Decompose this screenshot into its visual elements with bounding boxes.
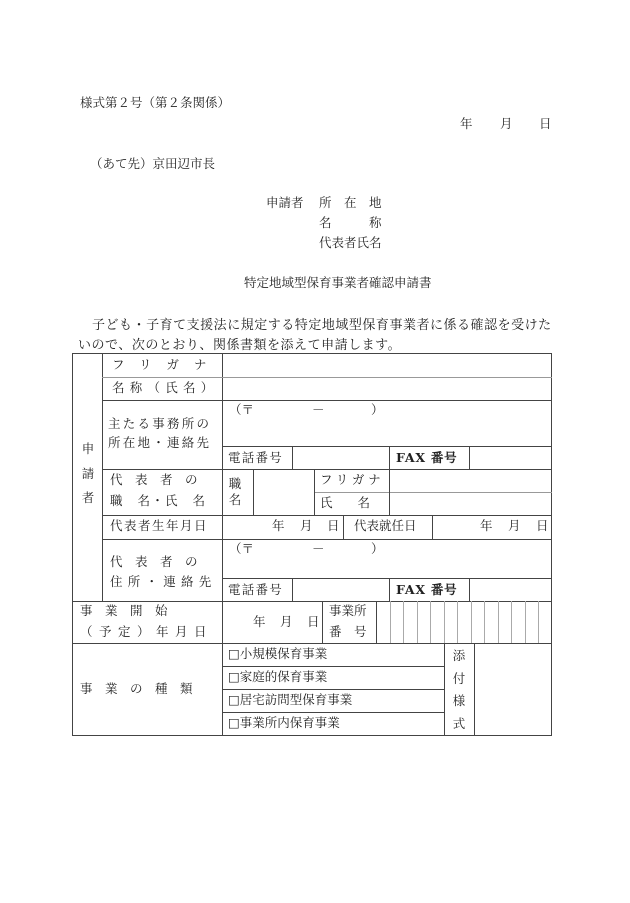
business-type-home-visit-checkbox[interactable]: □居宅訪問型保育事業	[228, 694, 352, 707]
business-type-small-scale-checkbox[interactable]: □小規模保育事業	[228, 648, 327, 661]
rep-name-label: 氏 名	[320, 497, 370, 510]
main-office-label-1: 主たる事務所の	[108, 418, 211, 431]
main-office-fax-label: FAX 番号	[396, 452, 457, 465]
rep-address-input[interactable]	[223, 540, 551, 577]
rep-furigana-input[interactable]	[390, 470, 550, 491]
office-number-label-2: 番 号	[329, 626, 367, 639]
form-number: 様式第２号（第２条関係）	[80, 97, 230, 110]
furigana-label: フリガナ	[112, 359, 221, 372]
furigana-input[interactable]	[223, 378, 551, 399]
main-office-tel-input[interactable]	[293, 447, 388, 468]
furigana-value-input[interactable]	[223, 354, 551, 376]
rep-birth-date-input[interactable]	[223, 516, 342, 538]
rep-name-input[interactable]	[390, 493, 550, 514]
main-office-fax-input[interactable]	[470, 447, 550, 468]
body-text-line-2: いので、次のとおり、関係書類を添えて申請します。	[78, 339, 401, 352]
attachment-label: 添 付 様 式	[450, 650, 468, 730]
body-text-line-1: 子ども・子育て支援法に規定する特定地域型保育事業者に係る確認を受けた	[92, 319, 552, 332]
start-date-input[interactable]	[223, 602, 321, 642]
rep-label-1: 代 表 者 の	[110, 474, 216, 487]
applicant-name-label: 名 称	[319, 217, 385, 230]
main-office-tel-label: 電話番号	[228, 452, 283, 465]
date-year-label: 年	[460, 118, 473, 131]
rep-tel-input[interactable]	[293, 579, 388, 600]
main-office-label-2: 所在地・連絡先	[108, 437, 211, 450]
document-title: 特定地域型保育事業者確認申請書	[244, 277, 432, 290]
date-month-label: 月	[500, 118, 513, 131]
job-title-input[interactable]	[254, 470, 313, 514]
date-day-label: 日	[539, 118, 552, 131]
start-label-1: 事 業 開 始	[80, 605, 216, 618]
addressee: （あて先）京田辺市長	[90, 158, 215, 171]
rep-address-label-2: 住所・連絡先	[110, 576, 217, 589]
applicant-label: 申請者	[266, 197, 304, 210]
rep-fax-input[interactable]	[470, 579, 550, 600]
main-office-address-input[interactable]	[223, 401, 551, 445]
start-label-2: （予定）年月日	[80, 626, 216, 639]
rep-address-label-1: 代 表 者 の	[110, 556, 216, 569]
business-type-workplace-checkbox[interactable]: □事業所内保育事業	[228, 717, 340, 730]
rep-birth-label: 代表者生年月日	[110, 520, 208, 533]
rep-label-2: 職 名・氏 名	[110, 495, 206, 508]
rep-fax-label: FAX 番号	[396, 584, 457, 597]
rep-appointed-label: 代表就任日	[354, 520, 417, 533]
applicant-side-label: 申 請 者	[80, 443, 96, 505]
office-number-input[interactable]	[377, 602, 550, 642]
business-type-home-based-checkbox[interactable]: □家庭的保育事業	[228, 671, 327, 684]
job-title-label: 職 名	[227, 478, 243, 506]
rep-tel-label: 電話番号	[228, 584, 283, 597]
applicant-representative-label: 代表者氏名	[319, 237, 382, 250]
rep-appointed-date-input[interactable]	[433, 516, 550, 538]
applicant-address-label: 所 在 地	[319, 197, 385, 210]
attachment-input[interactable]	[475, 644, 550, 734]
office-number-label-1: 事業所	[329, 605, 367, 618]
name-label: 名称（氏名）	[112, 382, 219, 395]
rep-furigana-label: フリガナ	[320, 474, 384, 487]
business-type-label: 事 業 の 種 類	[80, 683, 216, 696]
